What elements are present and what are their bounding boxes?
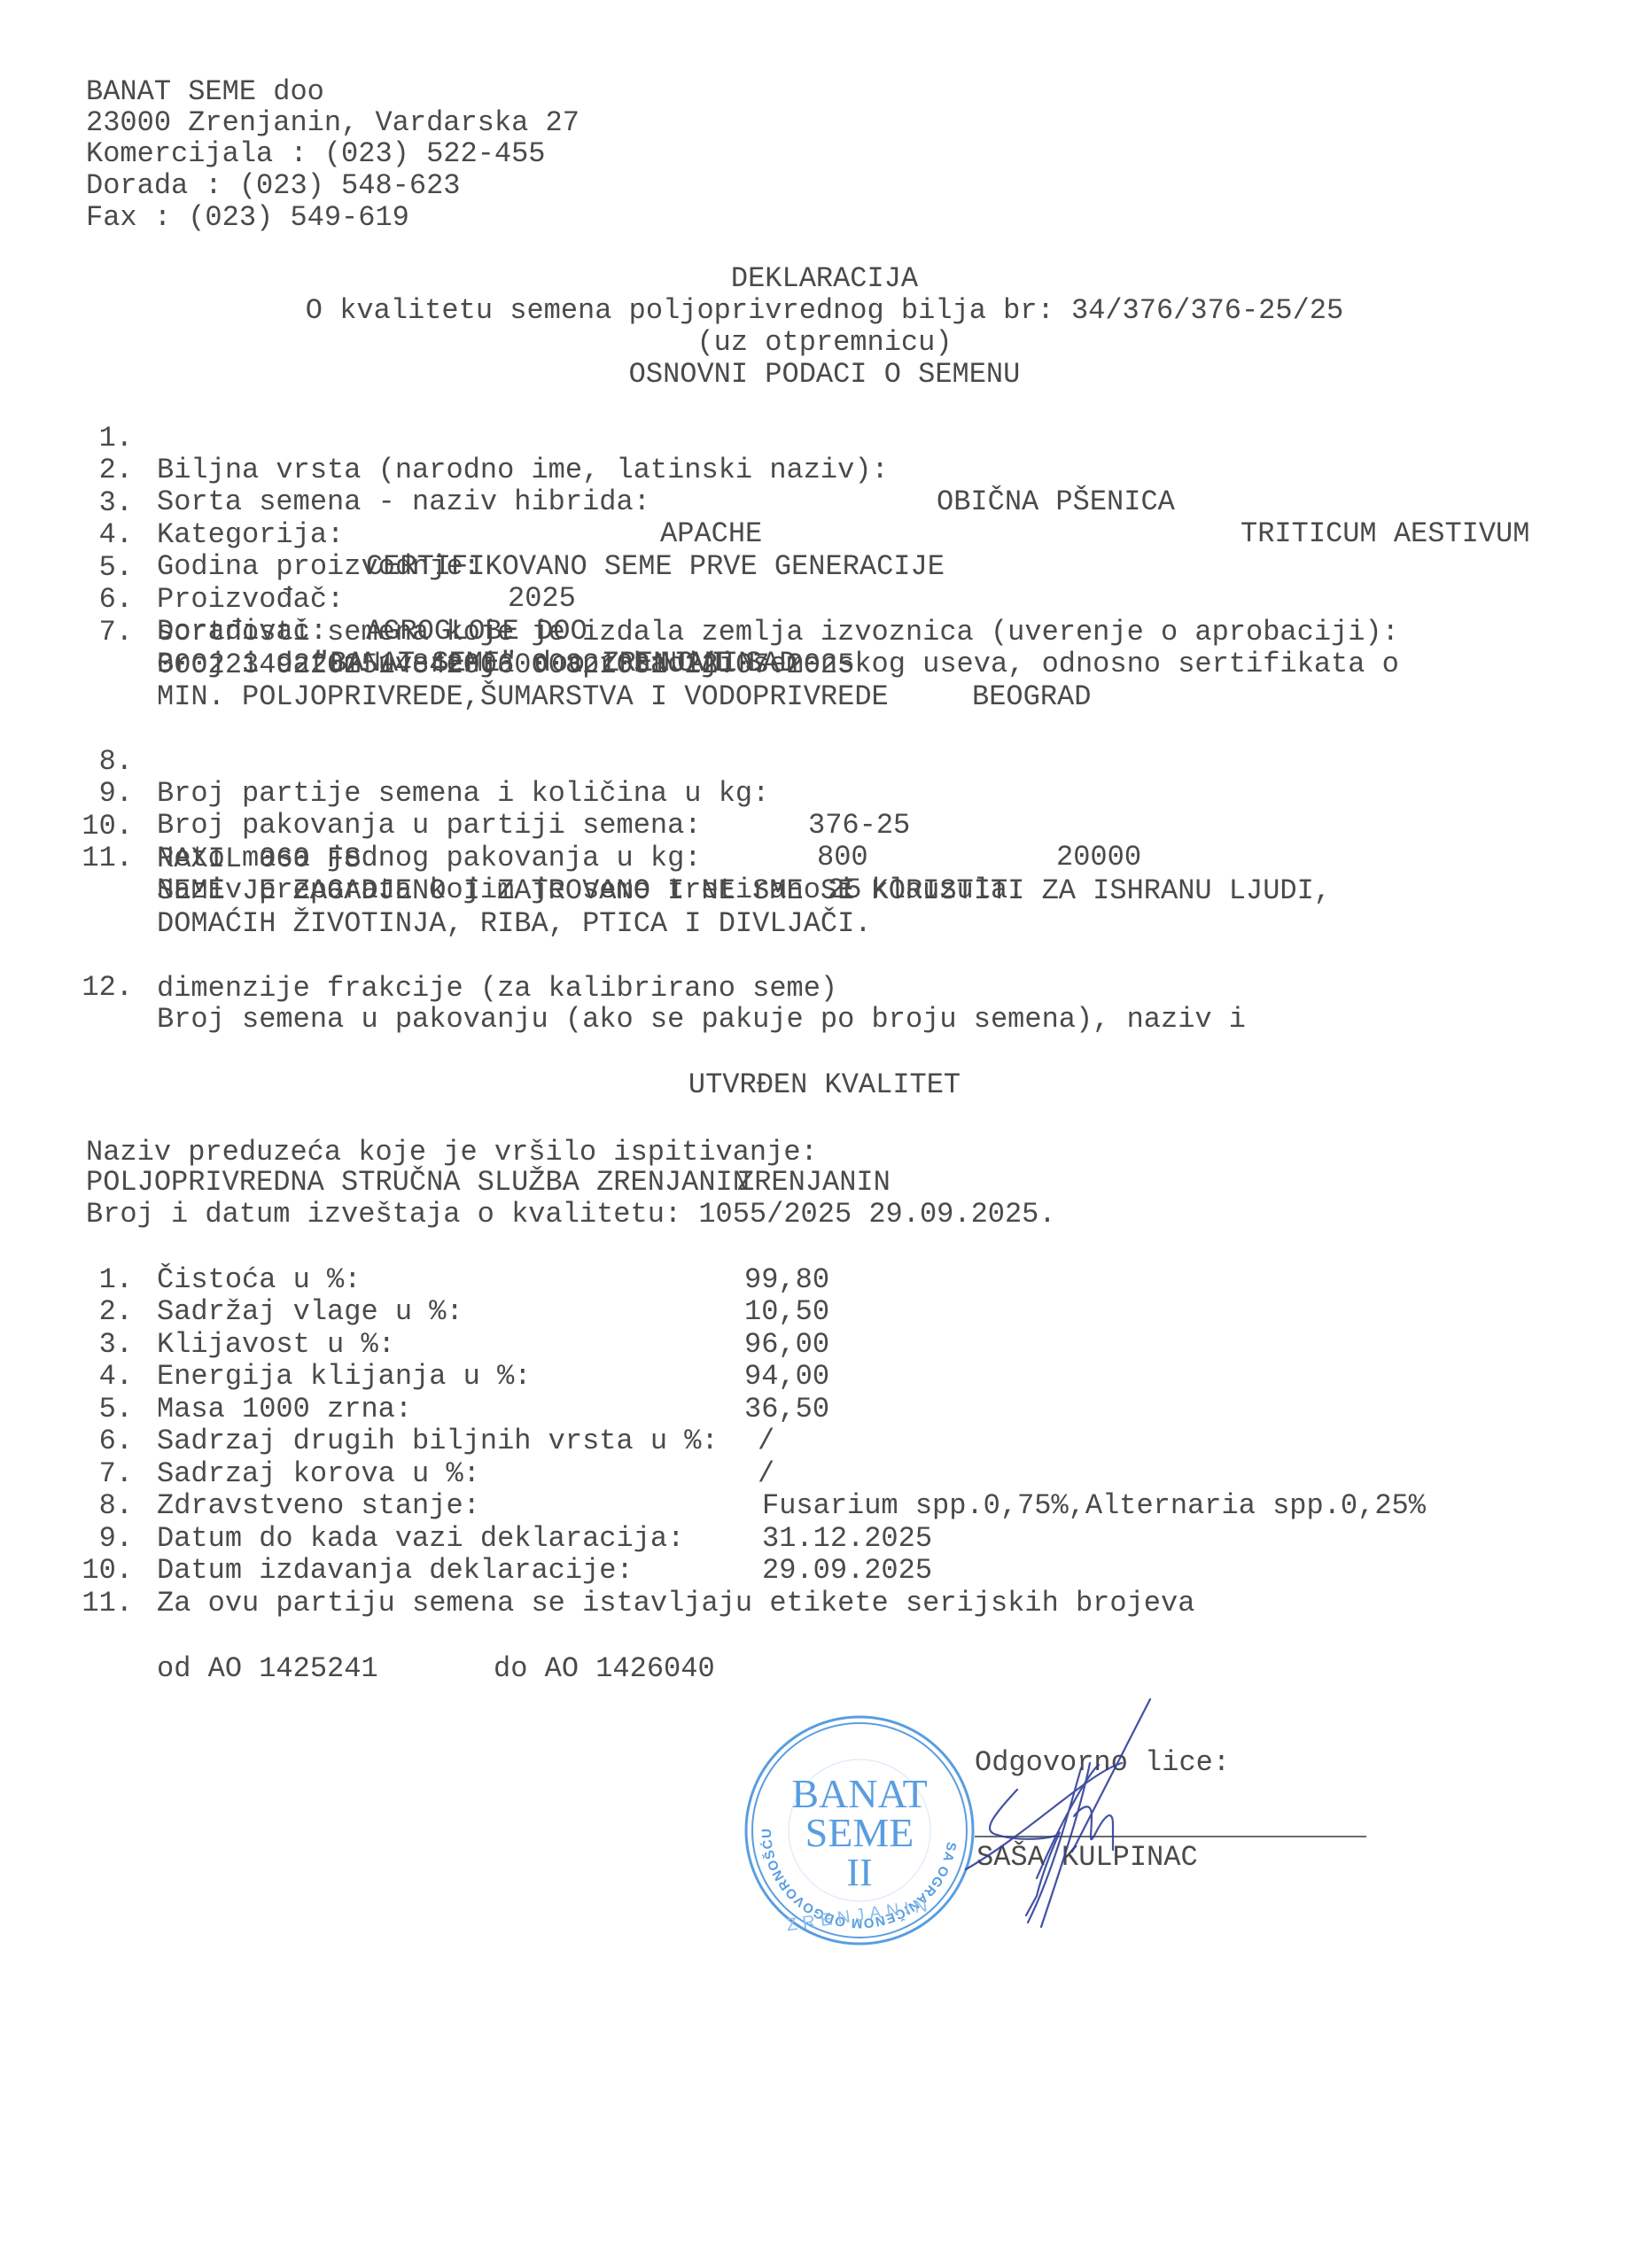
certificate-date: 22.07.2025 [684, 649, 854, 681]
warning-clause-line2: DOMAĆIH ŽIVOTINJA, RIBA, PTICA I DIVLJAČ… [157, 908, 872, 940]
list-item: 12. Broj semena u pakovanju (ako se paku… [0, 940, 102, 1068]
phone-processing: Dorada : (023) 548-623 [86, 170, 460, 202]
lab-name-line: POLJOPRIVREDNA STRUČNA SLUŽBA ZRENJANINZ… [86, 1167, 750, 1199]
section-title-quality: UTVRĐEN KVALITET [0, 1069, 1649, 1101]
declaration-number: 34/376/376-25/25 [1071, 294, 1343, 327]
certificate-number: 000223492202514842006000321031 [157, 649, 667, 681]
warning-clause-line1: SEME JE ZAGADJENO I ZATROVANO I NE SME S… [157, 875, 1331, 907]
phone-commercial: Komercijala : (023) 522-455 [86, 138, 545, 170]
svg-text:SEME: SEME [805, 1810, 914, 1855]
document-title: DEKLARACIJA [0, 263, 1649, 295]
handwritten-signature-icon [939, 1683, 1170, 1940]
company-address: 23000 Zrenjanin, Vardarska 27 [86, 107, 579, 139]
treatment-product: RAXIL 060 FS [157, 843, 361, 875]
svg-text:II: II [846, 1851, 872, 1894]
declaration-page: BANAT SEME doo 23000 Zrenjanin, Vardarsk… [0, 0, 1649, 2268]
issuer-line: MIN. POLJOPRIVREDE,ŠUMARSTVA I VODOPRIVR… [157, 681, 889, 713]
report-number: 1055/2025 29.09.2025. [698, 1198, 1055, 1231]
document-subtitle: O kvalitetu semena poljoprivrednog bilja… [0, 295, 1649, 327]
list-item: 11. Naziv preparata kojim je seme tretir… [0, 811, 102, 938]
lab-label: Naziv preduzeća koje je vršilo ispitivan… [86, 1137, 818, 1169]
fax: Fax : (023) 549-619 [86, 202, 409, 234]
report-line: Broj i datum izveštaja o kvalitetu: 1055… [86, 1199, 1056, 1231]
section-title-basic: OSNOVNI PODACI O SEMENU [0, 359, 1649, 391]
serial-to: do AO 1426040 [494, 1653, 715, 1685]
list-item-continuation: dimenzije frakcije (za kalibrirano seme) [157, 973, 837, 1005]
serial-from: od AO 1425241 [157, 1652, 378, 1685]
certificate-line: 000223492202514842006000321031 22.07.202… [157, 649, 854, 681]
list-item-continuation: sortnosti semena koje je izdala zemlja i… [157, 617, 1399, 649]
list-item: 7. Broj i datum uverenja o aprobaciji se… [0, 585, 102, 712]
serial-range: od AO 1425241do AO 1426040 [157, 1653, 378, 1685]
document-note: (uz otpremnicu) [0, 327, 1649, 359]
company-name: BANAT SEME doo [86, 76, 324, 108]
